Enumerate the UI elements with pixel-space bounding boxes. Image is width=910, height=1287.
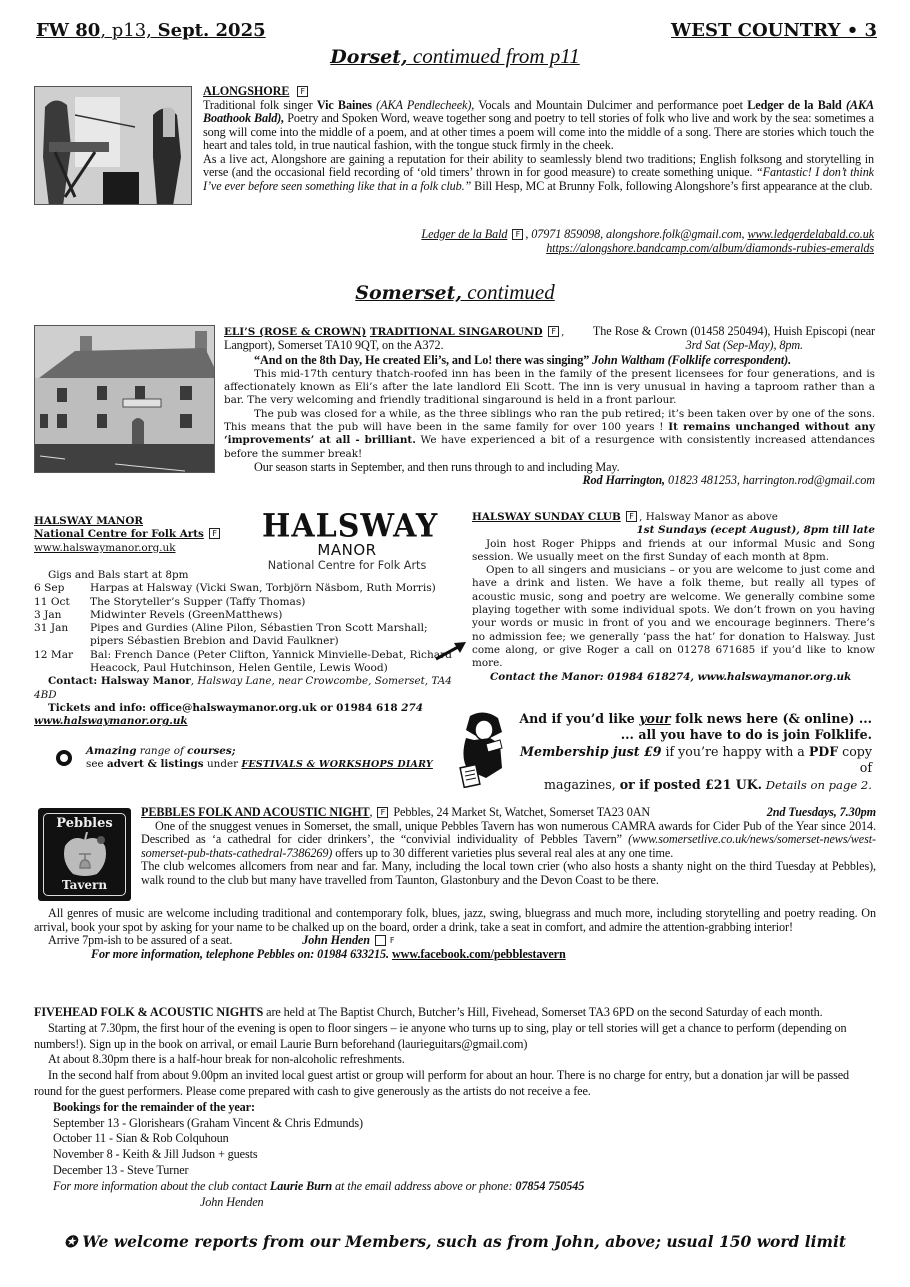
issue-number: FW 80 (36, 20, 100, 41)
pebbles-para-2: The club welcomes allcomers from near an… (141, 860, 876, 887)
halsway-contact-label: Contact: Halsway Manor (48, 675, 191, 687)
pebbles-facebook-link[interactable]: www.facebook.com/pebblestavern (392, 947, 566, 961)
performer-name: Vic Baines (317, 98, 372, 112)
text: magazines, (544, 777, 620, 792)
somerset-title-rest: contimued (462, 280, 555, 304)
fivehead-listing: FIVEHEAD FOLK & ACOUSTIC NIGHTS are held… (34, 1005, 854, 1210)
alongshore-contact: Ledger de la Bald F, 07971 859098, along… (203, 228, 874, 255)
halsway-tickets: Tickets and info: office@halswaymanor.or… (48, 702, 398, 714)
alongshore-listing: ALONGSHORE F Traditional folk singer Vic… (203, 85, 874, 193)
sunday-club-venue: , Halsway Manor as above (639, 511, 778, 523)
dorset-title: Dorset, contimued from p11 (0, 50, 910, 64)
text: PDF (809, 744, 838, 759)
gig-row: 6 SepHarpas at Halsway (Vicki Swan, Torb… (34, 582, 454, 595)
elis-schedule: 3rd Sat (Sep-May), 8pm. (686, 338, 803, 352)
dorset-title-rest: contimued from p11 (408, 44, 580, 68)
halsway-tickets-tail: 274 (398, 702, 423, 714)
members-note: ✪ We welcome reports from our Members, s… (0, 1235, 910, 1248)
star-badge-icon: ✪ (64, 1232, 77, 1251)
website-link[interactable]: www.ledgerdelabald.co.uk (747, 227, 874, 241)
fivehead-bookings-title: Bookings for the remainder of the year: (53, 1100, 255, 1114)
sunday-club-para-1: Join host Roger Phipps and friends at ou… (472, 538, 875, 565)
gig-date: 11 Oct (34, 596, 90, 609)
booking-item: November 8 - Keith & Jill Judson + guest… (53, 1147, 854, 1163)
pebbles-listing-cont: All genres of music are welcome includin… (34, 907, 876, 961)
elis-para-3: Our season starts in September, and then… (224, 461, 875, 475)
text: advert & listings (107, 758, 204, 770)
circle-bullet-icon (56, 750, 72, 766)
pebbles-address: Pebbles, 24 Market St, Watchet, Somerset… (393, 805, 650, 819)
gig-row: 12 MarBal: French Dance (Peter Clifton, … (34, 649, 454, 676)
issue-page: , p13, (100, 20, 157, 41)
text: (AKA Pendlecheek), (372, 98, 474, 112)
members-note-text: We welcome reports from our Members, suc… (77, 1232, 846, 1251)
gig-date: 12 Mar (34, 649, 90, 676)
text: copy of (838, 744, 872, 775)
gig-date: 3 Jan (34, 609, 90, 622)
pebbles-tavern-logo: Pebbles Tavern (38, 808, 131, 901)
text: Amazing (86, 745, 136, 757)
sunday-club-para-2: Open to all singers and musicians – or y… (472, 564, 875, 670)
folklife-member-badge: F (297, 86, 308, 97)
text: Bill Hesp, MC at Brunny Folk, following … (471, 179, 872, 193)
halsway-website-link[interactable]: www.halswaymanor.org.uk (34, 542, 176, 554)
gig-date: 6 Sep (34, 582, 90, 595)
text: For more information about the club cont… (53, 1179, 270, 1193)
gigs-intro: Gigs and Bals start at 8pm (34, 569, 454, 582)
elis-name: ELI’S (ROSE & CROWN) (224, 326, 366, 338)
booking-item: September 13 - Glorishears (Graham Vince… (53, 1116, 854, 1132)
pub-building-image-icon (35, 326, 215, 473)
performer-name: Ledger de la Bald (747, 98, 841, 112)
text: if you’re happy with a (661, 744, 808, 759)
fivehead-name: FIVEHEAD FOLK & ACOUSTIC NIGHTS (34, 1005, 263, 1019)
somerset-title-bold: Somerset, (355, 282, 462, 304)
pebbles-para-3: All genres of music are welcome includin… (34, 907, 876, 934)
rose-and-crown-photo (34, 325, 215, 473)
fivehead-para-3: In the second half from about 9.00pm an … (34, 1068, 854, 1100)
elis-quote-author: John Waltham (Folklife correspondent). (589, 353, 791, 367)
contact-name: Laurie Burn (270, 1179, 332, 1193)
pebbles-logo-top: Pebbles (44, 816, 125, 832)
elis-name-b: TRADITIONAL SINGAROUND (370, 326, 543, 338)
pebbles-logo-bottom: Tavern (44, 878, 125, 892)
somerset-title: Somerset, contimued (0, 286, 910, 300)
halsway-subtitle: National Centre for Folk Arts (34, 528, 204, 540)
elis-listing: ELI’S (ROSE & CROWN) TRADITIONAL SINGARO… (224, 325, 875, 488)
pebbles-schedule: 2nd Tuesdays, 7.30pm (767, 805, 876, 819)
performers-image-icon (35, 87, 192, 205)
text: Poetry and Spoken Word, weave together s… (203, 111, 874, 152)
elis-para-1: This mid-17th century thatch-roofed inn … (224, 368, 875, 408)
text: folk news here (& online) ... (671, 711, 872, 726)
pebbles-author: John Henden (302, 933, 370, 947)
text: range of (136, 745, 187, 757)
folklife-promo: And if you’d like your folk news here (&… (510, 711, 872, 793)
halsway-name: HALSWAY MANOR (34, 515, 143, 527)
sunday-club-listing: HALSWAY SUNDAY CLUB F, Halsway Manor as … (472, 511, 875, 684)
elis-contact-details: 01823 481253, harrington.rod@gmail.com (665, 473, 875, 487)
text: Traditional folk singer (203, 98, 317, 112)
gig-event: The Storyteller’s Supper (Taffy Thomas) (90, 596, 454, 609)
gig-event: Harpas at Halsway (Vicki Swan, Torbjörn … (90, 582, 454, 595)
pebbles-info: For more information, telephone Pebbles … (91, 947, 392, 961)
halsway-gigs: Gigs and Bals start at 8pm 6 SepHarpas a… (34, 569, 454, 729)
alongshore-photo (34, 86, 192, 205)
text: at the email address above or phone: (332, 1179, 515, 1193)
gig-event: Bal: French Dance (Peter Clifton, Yannic… (90, 649, 454, 676)
folklife-member-badge: F (375, 935, 386, 946)
bandcamp-link[interactable]: https://alongshore.bandcamp.com/album/di… (546, 241, 874, 255)
gig-row: 11 OctThe Storyteller’s Supper (Taffy Th… (34, 596, 454, 609)
gig-date: 31 Jan (34, 622, 90, 649)
text: Details on page 2. (762, 778, 872, 792)
dorset-title-bold: Dorset, (330, 46, 407, 68)
halsway-tickets-web-link[interactable]: www.halswaymanor.org.uk (34, 715, 188, 727)
folklife-member-badge: F (209, 528, 220, 539)
halsway-heading: HALSWAY MANOR National Centre for Folk A… (34, 515, 264, 555)
elis-contact-name: Rod Harrington, (583, 473, 666, 487)
fivehead-para-1: Starting at 7.30pm, the first hour of th… (34, 1021, 854, 1053)
text: see (86, 758, 107, 770)
sunday-club-name: HALSWAY SUNDAY CLUB (472, 511, 621, 523)
issue-date: Sept. 2025 (158, 20, 266, 41)
section-header: WEST COUNTRY • 3 (671, 24, 877, 37)
text: And if you’d like (519, 711, 639, 726)
issue-header: FW 80, p13, Sept. 2025 (36, 24, 266, 37)
pebbles-name: PEBBLES FOLK AND ACOUSTIC NIGHT (141, 805, 370, 819)
gigs-list: 6 SepHarpas at Halsway (Vicki Swan, Torb… (34, 582, 454, 675)
text: ... all you have to do is join Folklife. (621, 727, 872, 742)
town-crier-illustration-icon (456, 708, 512, 788)
gig-event: Midwinter Revels (GreenMatthews) (90, 609, 454, 622)
pebbles-listing: PEBBLES FOLK AND ACOUSTIC NIGHT, F Pebbl… (141, 806, 876, 887)
text: your (639, 711, 671, 726)
pebbles-para-4: Arrive 7pm-ish to be assured of a seat. (48, 933, 232, 947)
text: Vocals and Mountain Dulcimer and perform… (474, 98, 747, 112)
fivehead-author: John Henden (200, 1195, 264, 1209)
arrow-icon (434, 640, 468, 662)
festivals-diary-link[interactable]: FESTIVALS & WORKSHOPS DIARY (241, 759, 432, 770)
sunday-club-contact: Contact the Manor: 01984 618274, www.hal… (490, 671, 851, 683)
apple-bell-icon (61, 832, 109, 878)
text: under (204, 758, 242, 770)
gig-event: Pipes and Gurdies (Aline Pilon, Sébastie… (90, 622, 454, 649)
contact-details: , 07971 859098, alongshore.folk@gmail.co… (525, 227, 747, 241)
fivehead-intro: are held at The Baptist Church, Butcher’… (263, 1005, 822, 1019)
folklife-member-badge: F (548, 326, 559, 337)
halsway-logo-word: HALSWAY (262, 511, 432, 543)
text: offers up to 30 different varieties plus… (332, 846, 673, 860)
folklife-member-badge: F (377, 807, 388, 818)
fivehead-para-2: At about 8.30pm there is a half-hour bre… (34, 1052, 854, 1068)
gig-row: 3 JanMidwinter Revels (GreenMatthews) (34, 609, 454, 622)
contact-phone: 07854 750545 (515, 1179, 584, 1193)
text: Membership just £9 (520, 744, 661, 759)
booking-item: October 11 - Sian & Rob Colquhoun (53, 1131, 854, 1147)
sunday-club-schedule: 1st Sundays (ecept August), 8pm till lat… (637, 524, 875, 536)
booking-item: December 13 - Steve Turner (53, 1163, 854, 1179)
text: courses; (187, 745, 235, 757)
contact-name-link[interactable]: Ledger de la Bald (421, 227, 507, 241)
folklife-member-badge: F (626, 511, 637, 522)
gig-row: 31 JanPipes and Gurdies (Aline Pilon, Sé… (34, 622, 454, 649)
folklife-member-badge: F (512, 229, 523, 240)
alongshore-name: ALONGSHORE (203, 84, 289, 98)
elis-quote: “And on the 8th Day, He created Eli’s, a… (254, 353, 589, 367)
halsway-courses: Amazing range of courses; see advert & l… (86, 745, 456, 772)
text: or if posted £21 UK. (620, 777, 762, 792)
